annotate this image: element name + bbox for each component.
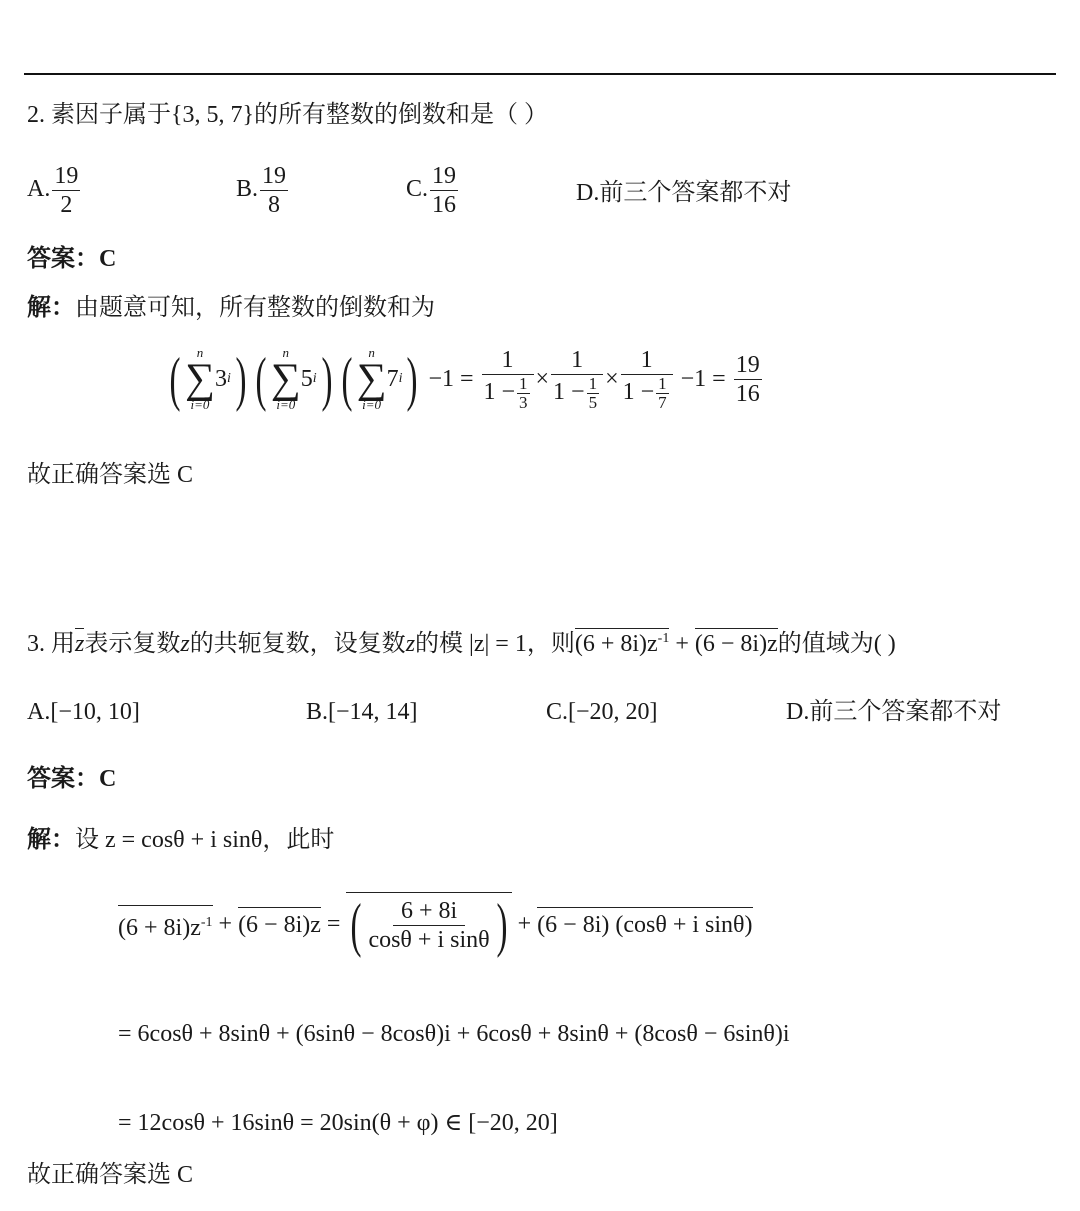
q2-conclusion: 故正确答案选 C — [27, 460, 193, 490]
q3-answer: 答案：C — [27, 764, 116, 794]
option-fraction: 198 — [260, 162, 288, 219]
option-fraction: 1916 — [430, 162, 458, 219]
q2-solution: 解：由题意可知，所有整数的倒数和为 — [27, 293, 435, 323]
q2-option-d: D.前三个答案都不对 — [576, 178, 791, 208]
sum-symbol: n∑i=0 — [185, 347, 215, 411]
solution-text: 设 z = cosθ + i sinθ，此时 — [75, 827, 334, 853]
q3-solution: 解：设 z = cosθ + i sinθ，此时 — [27, 825, 334, 855]
option-label: C. — [406, 176, 428, 202]
q3-option-d: D.前三个答案都不对 — [786, 697, 1001, 727]
option-label: A. — [27, 176, 50, 202]
solution-text: 由题意可知，所有整数的倒数和为 — [75, 295, 435, 321]
q3-option-c: C.[−20, 20] — [546, 697, 658, 727]
q3-conclusion: 故正确答案选 C — [27, 1160, 193, 1190]
header-rule — [24, 73, 1056, 75]
option-label: D. — [576, 180, 599, 206]
q2-answer: 答案：C — [27, 244, 116, 274]
q3-derivation-line-3: = 12cosθ + 16sinθ = 20sin(θ + φ) ∈ [−20,… — [118, 1108, 558, 1138]
q3-derivation-line-1: (6 + 8i)z-1 + (6 − 8i)z = (6 + 8icosθ + … — [118, 892, 753, 955]
q2-option-a: A.192 — [27, 162, 82, 219]
answer-value: C — [99, 766, 116, 792]
sum-symbol: n∑i=0 — [357, 347, 387, 411]
answer-label: 答案： — [27, 246, 99, 272]
q2-option-b: B.198 — [236, 162, 290, 219]
q2-formula: (n∑i=03i) (n∑i=05i) (n∑i=07i) −1 = 11 −1… — [165, 346, 764, 412]
q2-stem: 2. 素因子属于{3, 5, 7}的所有整数的倒数和是（ ） — [27, 100, 548, 130]
option-label: B. — [236, 176, 258, 202]
solution-label: 解： — [27, 827, 75, 853]
q3-option-a: A.[−10, 10] — [27, 697, 140, 727]
answer-label: 答案： — [27, 766, 99, 792]
option-fraction: 192 — [52, 162, 80, 219]
option-text: 前三个答案都不对 — [599, 180, 791, 206]
solution-label: 解： — [27, 295, 75, 321]
q3-stem: 3. 用z表示复数z的共轭复数，设复数z的模 |z| = 1，则(6 + 8i)… — [27, 624, 896, 659]
q3-derivation-line-2: = 6cosθ + 8sinθ + (6sinθ − 8cosθ)i + 6co… — [118, 1019, 790, 1049]
answer-value: C — [99, 246, 116, 272]
sum-symbol: n∑i=0 — [271, 347, 301, 411]
q3-option-b: B.[−14, 14] — [306, 697, 418, 727]
q2-option-c: C.1916 — [406, 162, 460, 219]
